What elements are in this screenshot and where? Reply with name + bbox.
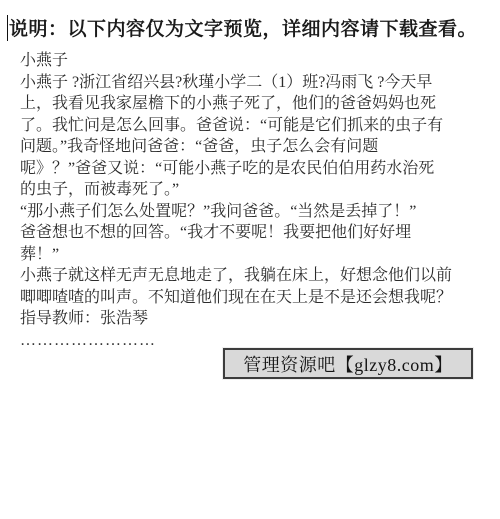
doc-line: 唧唧喳喳的叫声。不知道他们现在在天上是不是还会想我呢？: [20, 287, 452, 309]
doc-line: 爸爸想也不想的回答。“我才不要呢！我要把他们好好埋: [20, 222, 452, 244]
preview-notice: 说明：以下内容仅为文字预览，详细内容请下载查看。: [9, 14, 477, 41]
watermark-box: 管理资源吧【glzy8.com】: [223, 348, 473, 379]
doc-line: “那小燕子们怎么处置呢？”我问爸爸。“当然是丢掉了！”: [20, 201, 452, 223]
doc-line: 的虫子，而被毒死了。”: [20, 179, 452, 201]
doc-title: 小燕子: [20, 50, 452, 72]
doc-line: 呢》？”爸爸又说：“可能小燕子吃的是农民伯伯用药水治死: [20, 158, 452, 180]
doc-line: 葬！”: [20, 244, 452, 266]
doc-line: 小燕子 ?浙江省绍兴县?秋瑾小学二（1）班?冯雨飞 ?今天早: [20, 72, 452, 94]
doc-line: 问题。”我奇怪地问爸爸：“爸爸，虫子怎么会有问题: [20, 136, 452, 158]
watermark-label: 管理资源吧【glzy8.com】: [243, 351, 452, 377]
document-body: 小燕子 小燕子 ?浙江省绍兴县?秋瑾小学二（1）班?冯雨飞 ?今天早 上，我看见…: [20, 50, 452, 351]
text-cursor: [7, 15, 8, 41]
doc-line: 上，我看见我家屋檐下的小燕子死了，他们的爸爸妈妈也死: [20, 93, 452, 115]
doc-line: 了。我忙问是怎么回事。爸爸说：“可能是它们抓来的虫子有: [20, 115, 452, 137]
doc-line: 小燕子就这样无声无息地走了，我躺在床上，好想念他们以前: [20, 265, 452, 287]
doc-teacher-credit: 指导教师：张浩琴: [20, 308, 452, 330]
